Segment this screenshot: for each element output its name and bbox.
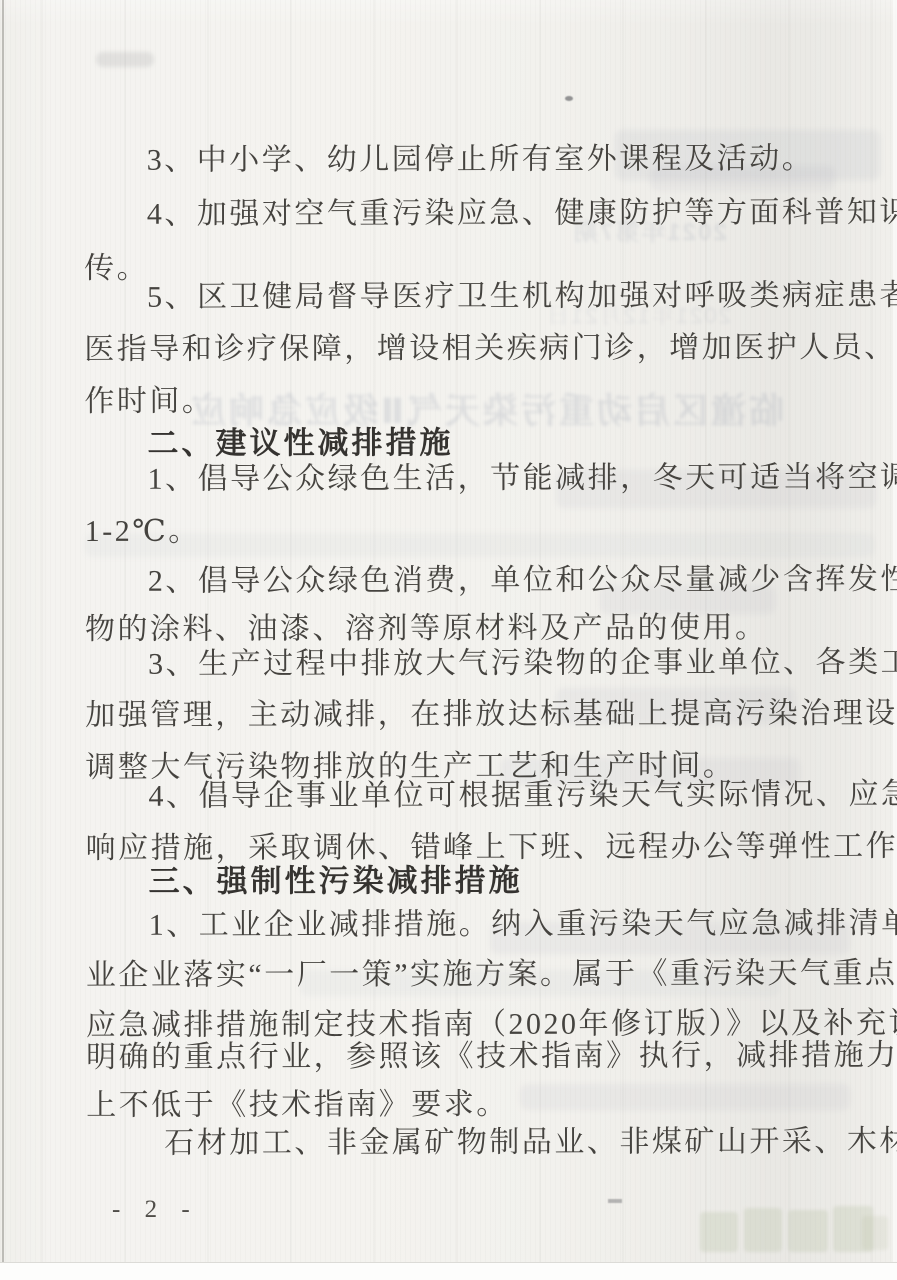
text-line: 应急减排措施制定技术指南（2020年修订版）》以及补充说明中 bbox=[86, 1007, 897, 1043]
text-line: 1、倡导公众绿色生活，节能减排，冬天可适当将空调调低 bbox=[148, 461, 897, 497]
text-line: 4、倡导企事业单位可根据重污染天气实际情况、应急强制 bbox=[148, 778, 897, 814]
text-line: 1-2℃。 bbox=[85, 515, 201, 549]
text-line: 4、加强对空气重污染应急、健康防护等方面科普知识的宣 bbox=[147, 196, 897, 232]
scan-speck-dash bbox=[608, 1199, 622, 1203]
text-line: 3、生产过程中排放大气污染物的企事业单位、各类工地等 bbox=[148, 646, 897, 682]
section-heading-3: 三、强制性污染减排措施 bbox=[149, 864, 523, 899]
text-line: 3、中小学、幼儿园停止所有室外课程及活动。 bbox=[147, 142, 815, 178]
text-line: 1、工业企业减排措施。纳入重污染天气应急减排清单的工 bbox=[149, 907, 897, 943]
text-line: 2、倡导公众绿色消费，单位和公众尽量减少含挥发性有机 bbox=[148, 563, 897, 599]
scan-bottom-edge bbox=[0, 1262, 897, 1280]
scan-speck-dot bbox=[565, 96, 573, 101]
text-line: 明确的重点行业，参照该《技术指南》执行，减排措施力度原则 bbox=[86, 1039, 897, 1075]
text-line: 作时间。 bbox=[84, 385, 214, 419]
text-line: 响应措施，采取调休、错峰上下班、远程办公等弹性工作制。 bbox=[86, 830, 897, 866]
page-number: - 2 - bbox=[112, 1196, 199, 1224]
document-body: 3、中小学、幼儿园停止所有室外课程及活动。 4、加强对空气重污染应急、健康防护等… bbox=[0, 0, 897, 1264]
scanned-document-page: 2021年第7期 2021年12月21日 临潼区启动重污染天气Ⅱ级应急响应 3、… bbox=[0, 0, 897, 1280]
section-heading-2: 二、建议性减排措施 bbox=[147, 426, 453, 461]
text-line: 石材加工、非金属矿物制品业、非煤矿山开采、木材加工和 bbox=[164, 1125, 897, 1161]
text-line: 5、区卫健局督导医疗卫生机构加强对呼吸类病症患者的就 bbox=[147, 279, 897, 315]
text-line: 加强管理，主动减排，在排放达标基础上提高污染治理设施效率， bbox=[85, 696, 897, 732]
text-line: 上不低于《技术指南》要求。 bbox=[86, 1088, 509, 1123]
text-line: 业企业落实“一厂一策”实施方案。属于《重污染天气重点行业 bbox=[86, 957, 897, 993]
text-line: 传。 bbox=[84, 252, 149, 286]
text-line: 医指导和诊疗保障，增设相关疾病门诊，增加医护人员、延长工 bbox=[84, 331, 897, 367]
text-line: 物的涂料、油漆、溶剂等原材料及产品的使用。 bbox=[85, 611, 768, 647]
